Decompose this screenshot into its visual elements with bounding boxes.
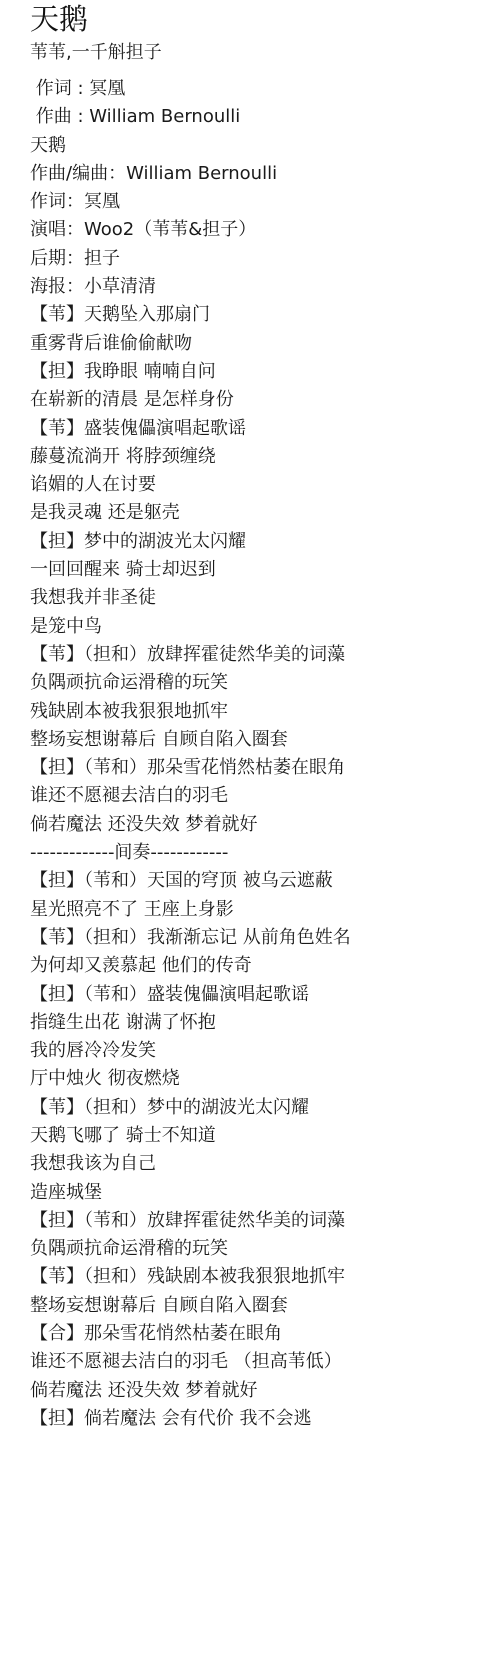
lyric-line: 造座城堡 xyxy=(30,1179,490,1207)
lyric-line: 是笼中鸟 xyxy=(30,613,490,641)
lyric-line: 【苇】（担和）残缺剧本被我狠狠地抓牢 xyxy=(30,1263,490,1291)
lyric-line: 重雾背后谁偷偷献吻 xyxy=(30,330,490,358)
lyric-line: 【担】（苇和）放肆挥霍徒然华美的词藻 xyxy=(30,1207,490,1235)
lyric-line: 我的唇冷冷发笑 xyxy=(30,1037,490,1065)
lyric-line: 作词 : 冥凰 xyxy=(30,75,490,103)
lyric-line: 负隅顽抗命运滑稽的玩笑 xyxy=(30,1235,490,1263)
lyric-line: 天鹅 xyxy=(30,132,490,160)
song-title: 天鹅 xyxy=(30,0,490,37)
lyric-line: 倘若魔法 还没失效 梦着就好 xyxy=(30,811,490,839)
lyric-line: 作曲 : William Bernoulli xyxy=(30,103,490,131)
lyric-line: -------------间奏------------ xyxy=(30,839,490,867)
lyric-line: 【担】（苇和）那朵雪花悄然枯萎在眼角 xyxy=(30,754,490,782)
lyric-line: 藤蔓流淌开 将脖颈缠绕 xyxy=(30,443,490,471)
lyric-line: 残缺剧本被我狠狠地抓牢 xyxy=(30,698,490,726)
lyric-line: 【苇】（担和）放肆挥霍徒然华美的词藻 xyxy=(30,641,490,669)
lyric-line: 【苇】（担和）梦中的湖波光太闪耀 xyxy=(30,1094,490,1122)
lyric-line: 星光照亮不了 王座上身影 xyxy=(30,896,490,924)
lyric-line: 谁还不愿褪去洁白的羽毛 xyxy=(30,782,490,810)
lyric-line: 为何却又羡慕起 他们的传奇 xyxy=(30,952,490,980)
lyric-line: 整场妄想谢幕后 自顾自陷入圈套 xyxy=(30,726,490,754)
lyric-line: 后期：担子 xyxy=(30,245,490,273)
lyric-line: 【担】梦中的湖波光太闪耀 xyxy=(30,528,490,556)
lyric-line: 【担】（苇和）天国的穹顶 被乌云遮蔽 xyxy=(30,867,490,895)
lyric-line: 作词：冥凰 xyxy=(30,188,490,216)
lyric-line: 【苇】（担和）我渐渐忘记 从前角色姓名 xyxy=(30,924,490,952)
song-artist: 苇苇,一千斛担子 xyxy=(30,41,490,65)
lyric-line: 天鹅飞哪了 骑士不知道 xyxy=(30,1122,490,1150)
lyric-line: 作曲/编曲：William Bernoulli xyxy=(30,160,490,188)
lyric-line: 整场妄想谢幕后 自顾自陷入圈套 xyxy=(30,1292,490,1320)
lyric-line: 负隅顽抗命运滑稽的玩笑 xyxy=(30,669,490,697)
lyric-line: 演唱：Woo2（苇苇&担子） xyxy=(30,216,490,244)
lyric-line: 【担】倘若魔法 会有代价 我不会逃 xyxy=(30,1405,490,1433)
lyric-line: 谄媚的人在讨要 xyxy=(30,471,490,499)
lyric-line: 【苇】盛装傀儡演唱起歌谣 xyxy=(30,415,490,443)
lyric-line: 【担】（苇和）盛装傀儡演唱起歌谣 xyxy=(30,981,490,1009)
lyric-line: 倘若魔法 还没失效 梦着就好 xyxy=(30,1377,490,1405)
lyric-line: 厅中烛火 彻夜燃烧 xyxy=(30,1065,490,1093)
lyric-line: 【合】那朵雪花悄然枯萎在眼角 xyxy=(30,1320,490,1348)
lyrics-page: 天鹅 苇苇,一千斛担子 作词 : 冥凰 作曲 : William Bernoul… xyxy=(30,0,490,1433)
lyric-line: 我想我并非圣徒 xyxy=(30,584,490,612)
lyric-line: 海报：小草清清 xyxy=(30,273,490,301)
lyrics-body: 作词 : 冥凰 作曲 : William Bernoulli天鹅作曲/编曲：Wi… xyxy=(30,75,490,1433)
lyric-line: 【担】我睁眼 喃喃自问 xyxy=(30,358,490,386)
lyric-line: 是我灵魂 还是躯壳 xyxy=(30,499,490,527)
lyric-line: 一回回醒来 骑士却迟到 xyxy=(30,556,490,584)
lyric-line: 在崭新的清晨 是怎样身份 xyxy=(30,386,490,414)
lyric-line: 我想我该为自己 xyxy=(30,1150,490,1178)
lyric-line: 【苇】天鹅坠入那扇门 xyxy=(30,301,490,329)
lyric-line: 指缝生出花 谢满了怀抱 xyxy=(30,1009,490,1037)
lyric-line: 谁还不愿褪去洁白的羽毛 （担高苇低） xyxy=(30,1348,490,1376)
